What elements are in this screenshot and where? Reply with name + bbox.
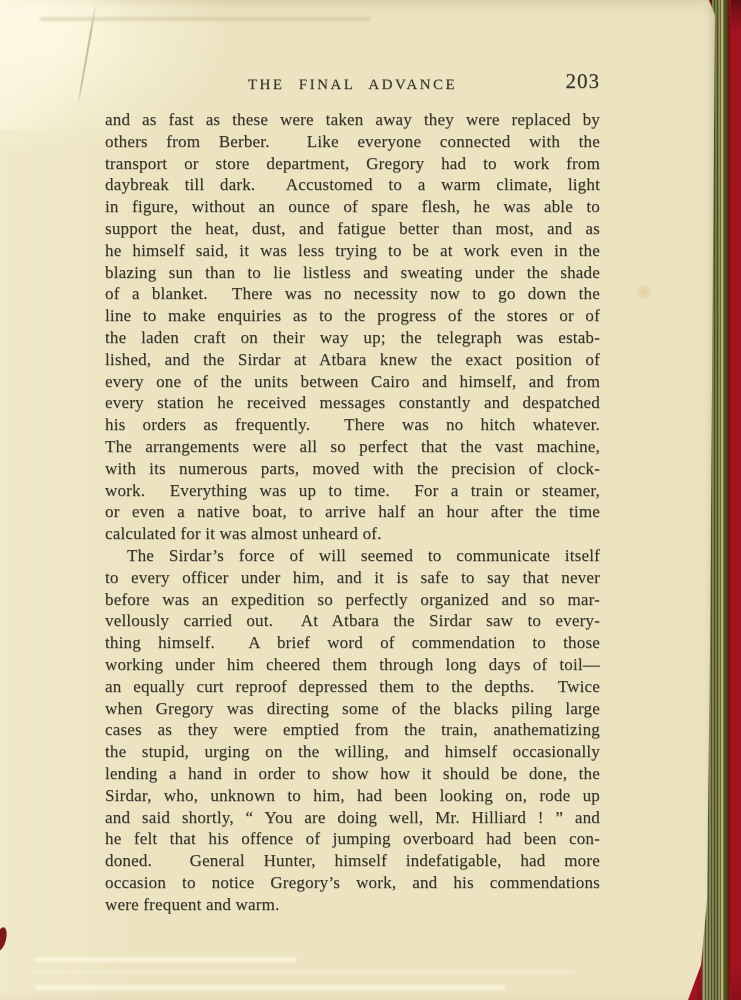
text-line: lending a hand in order to show how it s…: [105, 763, 600, 785]
text-line: others from Berber. Like everyone connec…: [105, 131, 600, 153]
text-line: and said shortly, “ You are doing well, …: [105, 807, 600, 829]
text-line: work. Everything was up to time. For a t…: [105, 480, 600, 502]
text-line: doned. General Hunter, himself indefatig…: [105, 850, 600, 872]
text-line: were frequent and warm.: [105, 894, 600, 916]
text-line: working under him cheered them through l…: [105, 654, 600, 676]
running-header-title: THE FINAL ADVANCE: [248, 72, 457, 98]
running-header: THE FINAL ADVANCE 203: [105, 72, 600, 98]
text-line: or even a native boat, to arrive half an…: [105, 501, 600, 523]
text-line: transport or store department, Gregory h…: [105, 153, 600, 175]
text-line: with its numerous parts, moved with the …: [105, 458, 600, 480]
book-page: THE FINAL ADVANCE 203 and as fast as the…: [0, 0, 718, 1000]
scan-streak: [35, 970, 575, 973]
text-line: he himself said, it was less trying to b…: [105, 240, 600, 262]
text-line: The Sirdar’s force of will seemed to com…: [105, 545, 600, 567]
text-line: the laden craft on their way up; the tel…: [105, 327, 600, 349]
text-line: before was an expedition so perfectly or…: [105, 589, 600, 611]
text-line: and as fast as these were taken away the…: [105, 109, 600, 131]
page-number: 203: [566, 68, 601, 94]
page-curl-shadow: [40, 16, 370, 22]
text-line: he felt that his offence of jumping over…: [105, 828, 600, 850]
text-line: the stupid, urging on the willing, and h…: [105, 741, 600, 763]
body-text: and as fast as these were taken away the…: [105, 109, 600, 915]
text-line: The arrangements were all so perfect tha…: [105, 436, 600, 458]
text-line: when Gregory was directing some of the b…: [105, 698, 600, 720]
text-line: calculated for it was almost unheard of.: [105, 523, 600, 545]
scan-streak: [35, 985, 505, 990]
text-line: every one of the units between Cairo and…: [105, 371, 600, 393]
text-line: vellously carried out. At Atbara the Sir…: [105, 610, 600, 632]
text-line: daybreak till dark. Accustomed to a warm…: [105, 174, 600, 196]
scan-streak: [35, 957, 297, 962]
text-line: lished, and the Sirdar at Atbara knew th…: [105, 349, 600, 371]
text-line: to every officer under him, and it is sa…: [105, 567, 600, 589]
text-line: Sirdar, who, unknown to him, had been lo…: [105, 785, 600, 807]
text-line: in figure, without an ounce of spare fle…: [105, 196, 600, 218]
text-line: support the heat, dust, and fatigue bett…: [105, 218, 600, 240]
book-scan-photo: THE FINAL ADVANCE 203 and as fast as the…: [0, 0, 741, 1000]
stain-mark: [635, 284, 653, 300]
text-line: cases as they were emptied from the trai…: [105, 719, 600, 741]
text-line: occasion to notice Gregory’s work, and h…: [105, 872, 600, 894]
text-line: of a blanket. There was no necessity now…: [105, 283, 600, 305]
text-line: thing himself. A brief word of commendat…: [105, 632, 600, 654]
text-line: every station he received messages const…: [105, 392, 600, 414]
text-line: line to make enquiries as to the progres…: [105, 305, 600, 327]
text-line: an equally curt reproof depressed them t…: [105, 676, 600, 698]
text-line: his orders as frequently. There was no h…: [105, 414, 600, 436]
text-line: blazing sun than to lie listless and swe…: [105, 262, 600, 284]
